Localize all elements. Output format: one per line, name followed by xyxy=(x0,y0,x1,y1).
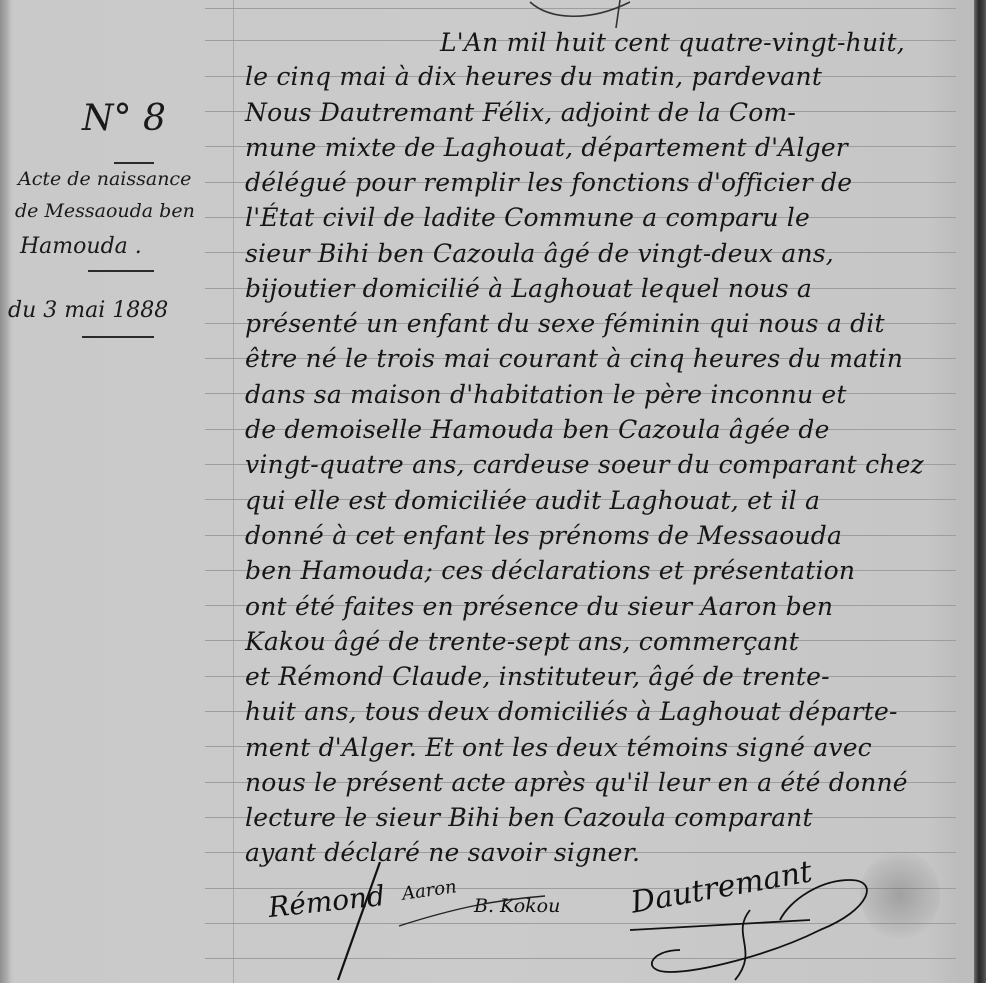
body-line: donné à cet enfant les prénoms de Messao… xyxy=(245,519,964,553)
body-line: qui elle est domiciliée audit Laghouat, … xyxy=(245,484,964,518)
date-underline xyxy=(82,336,154,338)
signature-remond-stroke xyxy=(330,860,390,983)
entry-title-line-1: Acte de naissance xyxy=(18,168,191,190)
entry-date: du 3 mai 1888 xyxy=(8,298,168,323)
body-line: ment d'Alger. Et ont les deux témoins si… xyxy=(245,731,964,765)
body-line: bijoutier domicilié à Laghouat lequel no… xyxy=(245,272,964,306)
body-line: vingt-quatre ans, cardeuse soeur du comp… xyxy=(245,448,964,482)
body-line: huit ans, tous deux domiciliés à Laghoua… xyxy=(245,695,964,729)
body-line: Kakou âgé de trente-sept ans, commerçant xyxy=(245,625,964,659)
body-line: et Rémond Claude, instituteur, âgé de tr… xyxy=(245,660,964,694)
body-line: mune mixte de Laghouat, département d'Al… xyxy=(245,131,964,165)
margin-divider xyxy=(88,270,154,272)
entry-number: N° 8 xyxy=(82,98,166,139)
body-line: dans sa maison d'habitation le père inco… xyxy=(245,378,964,412)
body-line: être né le trois mai courant à cinq heur… xyxy=(245,342,964,376)
body-line: le cinq mai à dix heures du matin, parde… xyxy=(245,60,964,94)
entry-title-line-2: de Messaouda ben xyxy=(15,200,195,222)
body-line: lecture le sieur Bihi ben Cazoula compar… xyxy=(245,801,964,835)
body-line: sieur Bihi ben Cazoula âgé de vingt-deux… xyxy=(245,237,964,271)
title-overline xyxy=(114,162,154,164)
body-line: ben Hamouda; ces déclarations et présent… xyxy=(245,554,964,588)
signature-aaron-underline xyxy=(395,890,575,930)
registry-page: N° 8 Acte de naissance de Messaouda ben … xyxy=(0,0,986,983)
page-binding-edge xyxy=(974,0,986,983)
body-line: délégué pour remplir les fonctions d'off… xyxy=(245,166,964,200)
margin-rule xyxy=(233,0,234,983)
signature-officer-flourish xyxy=(620,860,920,983)
entry-title-line-3: Hamouda . xyxy=(20,234,142,259)
page-left-edge xyxy=(0,0,10,983)
body-line: L'An mil huit cent quatre-vingt-huit, xyxy=(440,26,964,60)
body-line: Nous Dautremant Félix, adjoint de la Com… xyxy=(245,96,964,130)
body-line: de demoiselle Hamouda ben Cazoula âgée d… xyxy=(245,413,964,447)
body-line: ont été faites en présence du sieur Aaro… xyxy=(245,590,964,624)
body-line: l'État civil de ladite Commune a comparu… xyxy=(245,201,964,235)
body-line: nous le présent acte après qu'il leur en… xyxy=(245,766,964,800)
body-line: présenté un enfant du sexe féminin qui n… xyxy=(245,307,964,341)
previous-signature-flourish xyxy=(520,0,660,30)
